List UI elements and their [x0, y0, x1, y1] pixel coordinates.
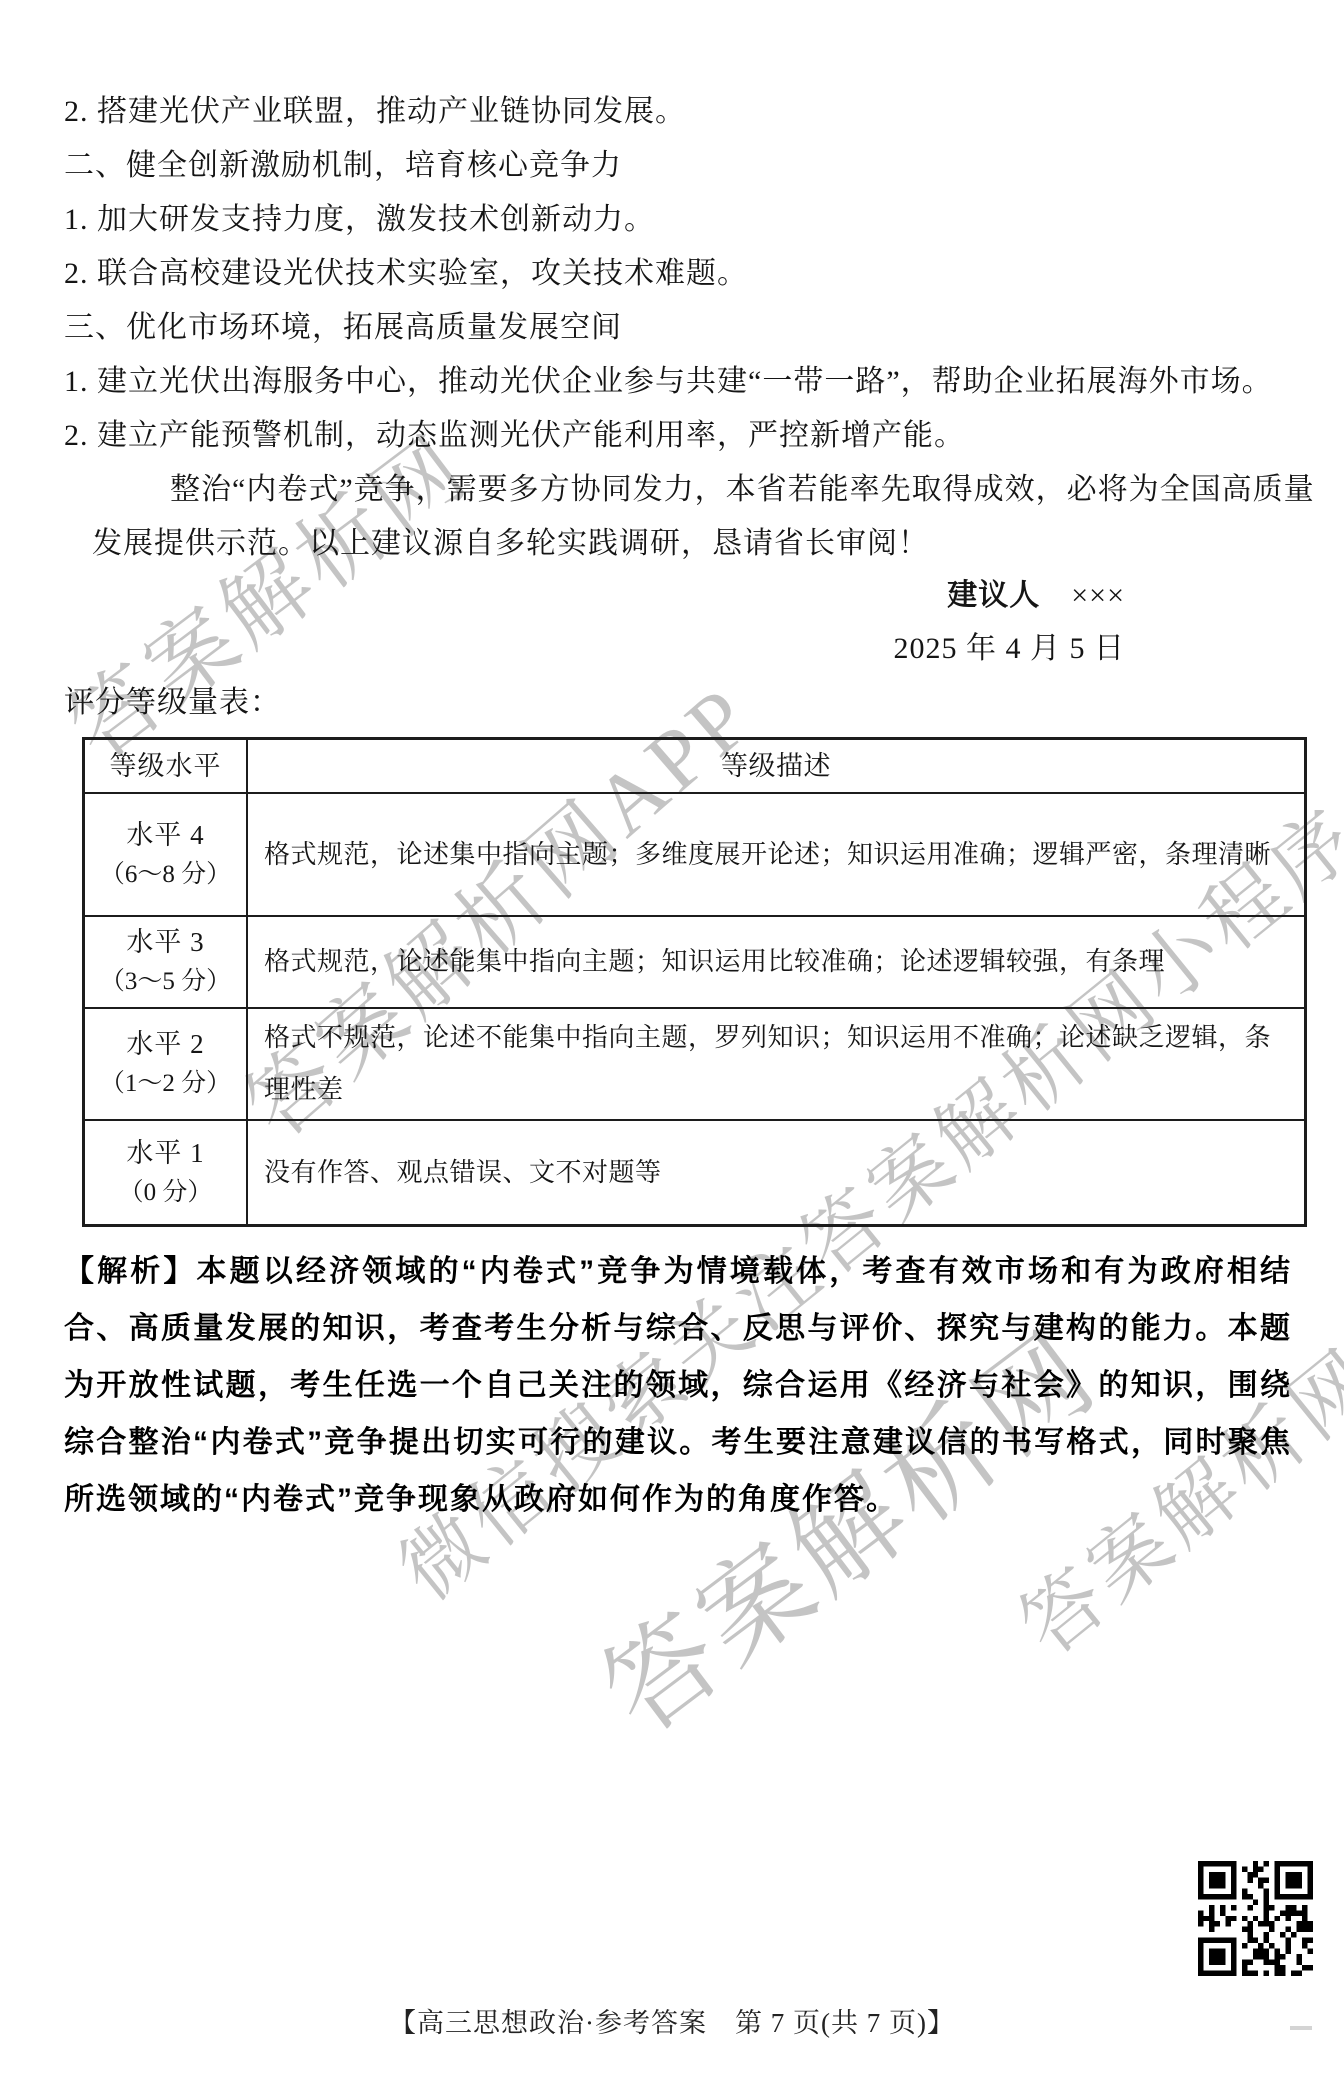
- level-cell: 水平 2（1～2 分）: [85, 1009, 248, 1119]
- page-content: 2. 搭建光伏产业联盟，推动产业链协同发展。二、健全创新激励机制，培育核心竞争力…: [0, 0, 1344, 2075]
- analysis-paragraph: 【解析】本题以经济领域的“内卷式”竞争为情境载体，考查有效市场和有为政府相结合、…: [64, 1243, 1292, 1528]
- scanned-answer-page: 答案解析网答案解析网APP微信搜索关注答案解析网小程序答案解析网答案解析网小程序…: [0, 0, 1344, 2075]
- body-line: 整治“内卷式”竞争，需要多方协同发力，本省若能率先取得成效，必将为全国高质量: [170, 471, 1344, 509]
- body-line: 三、优化市场环境，拓展高质量发展空间: [64, 309, 1296, 347]
- signature-name: ×××: [1071, 579, 1125, 612]
- table-row: 水平 4（6～8 分）格式规范，论述集中指向主题；多维度展开论述；知识运用准确；…: [85, 794, 1304, 917]
- rating-table: 等级水平 等级描述 水平 4（6～8 分）格式规范，论述集中指向主题；多维度展开…: [82, 737, 1307, 1227]
- body-line: 二、健全创新激励机制，培育核心竞争力: [64, 147, 1296, 185]
- date-line: 2025 年 4 月 5 日: [894, 630, 1126, 668]
- qr-code: [1198, 1861, 1313, 1976]
- table-row: 水平 1（0 分）没有作答、观点错误、文不对题等: [85, 1121, 1304, 1224]
- date-text: 2025 年 4 月 5 日: [894, 632, 1126, 665]
- desc-cell: 格式规范，论述能集中指向主题；知识运用比较准确；论述逻辑较强，有条理: [248, 917, 1304, 1007]
- table-header-level: 等级水平: [85, 740, 248, 792]
- table-row: 水平 3（3～5 分）格式规范，论述能集中指向主题；知识运用比较准确；论述逻辑较…: [85, 917, 1304, 1009]
- table-header-row: 等级水平 等级描述: [85, 740, 1304, 794]
- level-cell: 水平 1（0 分）: [85, 1121, 248, 1224]
- signature-line: 建议人 ×××: [947, 577, 1125, 615]
- desc-cell: 格式不规范，论述不能集中指向主题，罗列知识；知识运用不准确；论述缺乏逻辑，条理性…: [248, 1009, 1304, 1119]
- body-line: 发展提供示范。以上建议源自多轮实践调研，恳请省长审阅！: [92, 525, 1324, 563]
- level-cell: 水平 4（6～8 分）: [85, 794, 248, 915]
- desc-cell: 格式规范，论述集中指向主题；多维度展开论述；知识运用准确；逻辑严密，条理清晰: [248, 794, 1304, 915]
- signature-label: 建议人: [947, 579, 1040, 612]
- desc-cell: 没有作答、观点错误、文不对题等: [248, 1121, 1304, 1224]
- table-row: 水平 2（1～2 分）格式不规范，论述不能集中指向主题，罗列知识；知识运用不准确…: [85, 1009, 1304, 1121]
- body-line: 2. 搭建光伏产业联盟，推动产业链协同发展。: [64, 93, 1296, 131]
- body-line: 2. 联合高校建设光伏技术实验室，攻关技术难题。: [64, 255, 1296, 293]
- table-header-desc: 等级描述: [248, 740, 1304, 792]
- level-cell: 水平 3（3～5 分）: [85, 917, 248, 1007]
- body-line: 1. 建立光伏出海服务中心，推动光伏企业参与共建“一带一路”，帮助企业拓展海外市…: [64, 363, 1296, 401]
- body-line: 1. 加大研发支持力度，激发技术创新动力。: [64, 201, 1296, 239]
- table-caption: 评分等级量表：: [64, 684, 281, 722]
- page-footer: 【高三思想政治·参考答案 第 7 页(共 7 页)】: [0, 2001, 1344, 2040]
- body-line: 2. 建立产能预警机制，动态监测光伏产能利用率，严控新增产能。: [64, 417, 1296, 455]
